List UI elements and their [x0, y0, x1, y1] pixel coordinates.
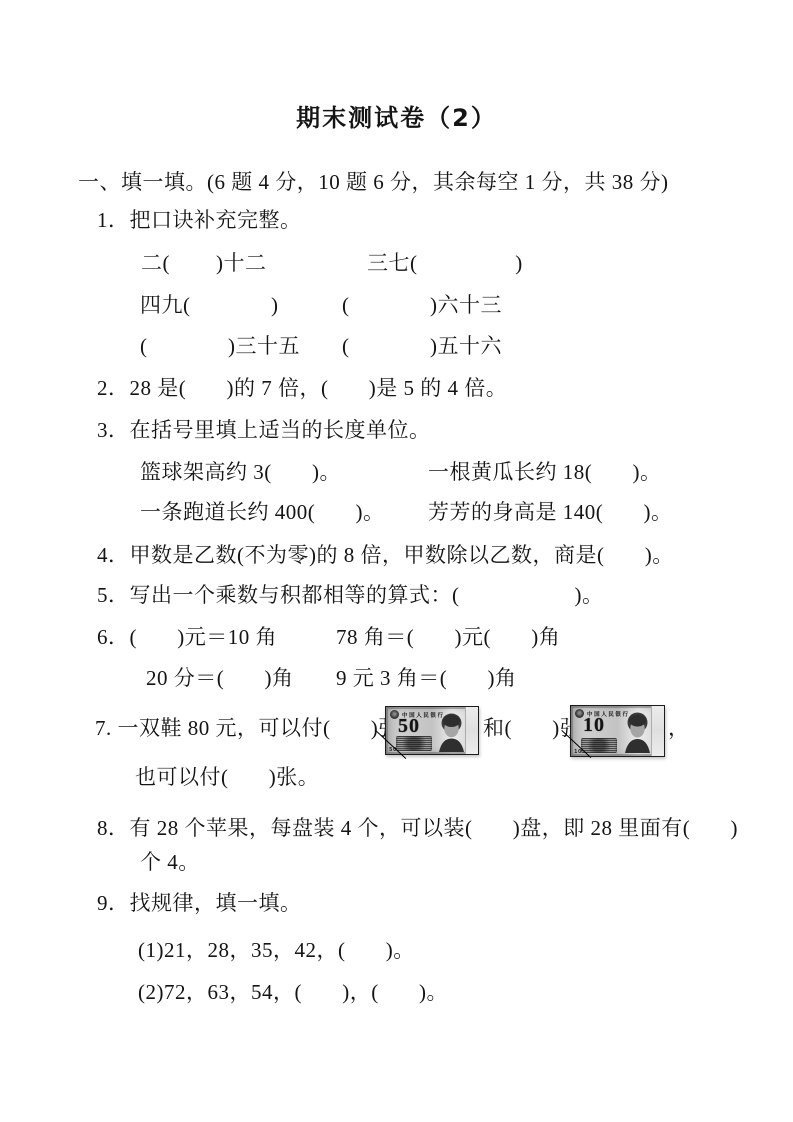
q1-row3-col2: ( )五十六 [342, 331, 502, 361]
q8-line2: 个 4。 [140, 847, 200, 877]
mao-portrait-icon [624, 711, 651, 753]
q7-text-before-50note: 7. 一双鞋 80 元，可以付( )张 [95, 713, 400, 743]
watermark-strip [651, 706, 664, 756]
q1-row2-col1: 四九( ) [140, 290, 279, 320]
q9-item2: (2)72，63，54，( )，( )。 [138, 977, 448, 1007]
q3-row1-col1: 篮球架高约 3( )。 [140, 457, 341, 487]
q3-row2-col1: 一条跑道长约 400( )。 [140, 497, 385, 527]
worksheet-page: 期末测试卷（2） 一、填一填。(6 题 4 分，10 题 6 分，其余每空 1 … [0, 0, 793, 1122]
denomination-large: 10 [583, 714, 605, 737]
banknote-10-yuan: 中国人民银行 10 10 10 [570, 705, 665, 757]
q1-row2-col2: ( )六十三 [342, 290, 502, 320]
q6-row1-col1: 6．( )元＝10 角 [97, 622, 277, 652]
q2-stem: 2．28 是( )的 7 倍，( )是 5 的 4 倍。 [97, 373, 507, 403]
q5-stem: 5．写出一个乘数与积都相等的算式：( )。 [97, 580, 604, 610]
q1-row1-col2: 三七( ) [367, 248, 523, 278]
q8-line1: 8．有 28 个苹果，每盘装 4 个，可以装( )盘，即 28 里面有( ) [97, 813, 738, 843]
guilloche-pattern [396, 736, 432, 751]
q7-text-between-notes: 和( )张 [483, 713, 581, 743]
q6-row2-col1: 20 分＝( )角 [146, 663, 294, 693]
page-title: 期末测试卷（2） [0, 98, 793, 133]
q6-row2-col2: 9 元 3 角＝( )角 [336, 663, 517, 693]
guilloche-pattern [581, 738, 617, 753]
q3-stem: 3．在括号里填上适当的长度单位。 [97, 415, 431, 445]
q1-row1-col1: 二( )十二 [141, 248, 267, 278]
watermark-strip [465, 707, 478, 754]
q4-stem: 4．甲数是乙数(不为零)的 8 倍，甲数除以乙数，商是( )。 [97, 540, 674, 570]
q3-row1-col2: 一根黄瓜长约 18( )。 [428, 457, 662, 487]
q6-row1-col2: 78 角＝( )元( )角 [336, 622, 560, 652]
q1-row3-col1: ( )三十五 [140, 331, 300, 361]
q1-stem: 1．把口诀补充完整。 [97, 205, 302, 235]
banknote-50-yuan: 中国人民银行 50 50 50 [385, 706, 479, 755]
denomination-large: 50 [398, 715, 420, 738]
q7-line2: 也可以付( )张。 [135, 762, 319, 792]
section-header: 一、填一填。(6 题 4 分，10 题 6 分，其余每空 1 分，共 38 分) [78, 167, 669, 197]
mao-portrait-icon [438, 712, 465, 752]
q3-row2-col2: 芳芳的身高是 140( )。 [428, 497, 673, 527]
q9-item1: (1)21，28，35，42，( )。 [138, 935, 415, 965]
q9-stem: 9．找规律，填一填。 [97, 888, 302, 918]
q7-trailing-comma: ， [668, 713, 690, 743]
denomination-corner-bottom-left: 10 [574, 749, 582, 755]
